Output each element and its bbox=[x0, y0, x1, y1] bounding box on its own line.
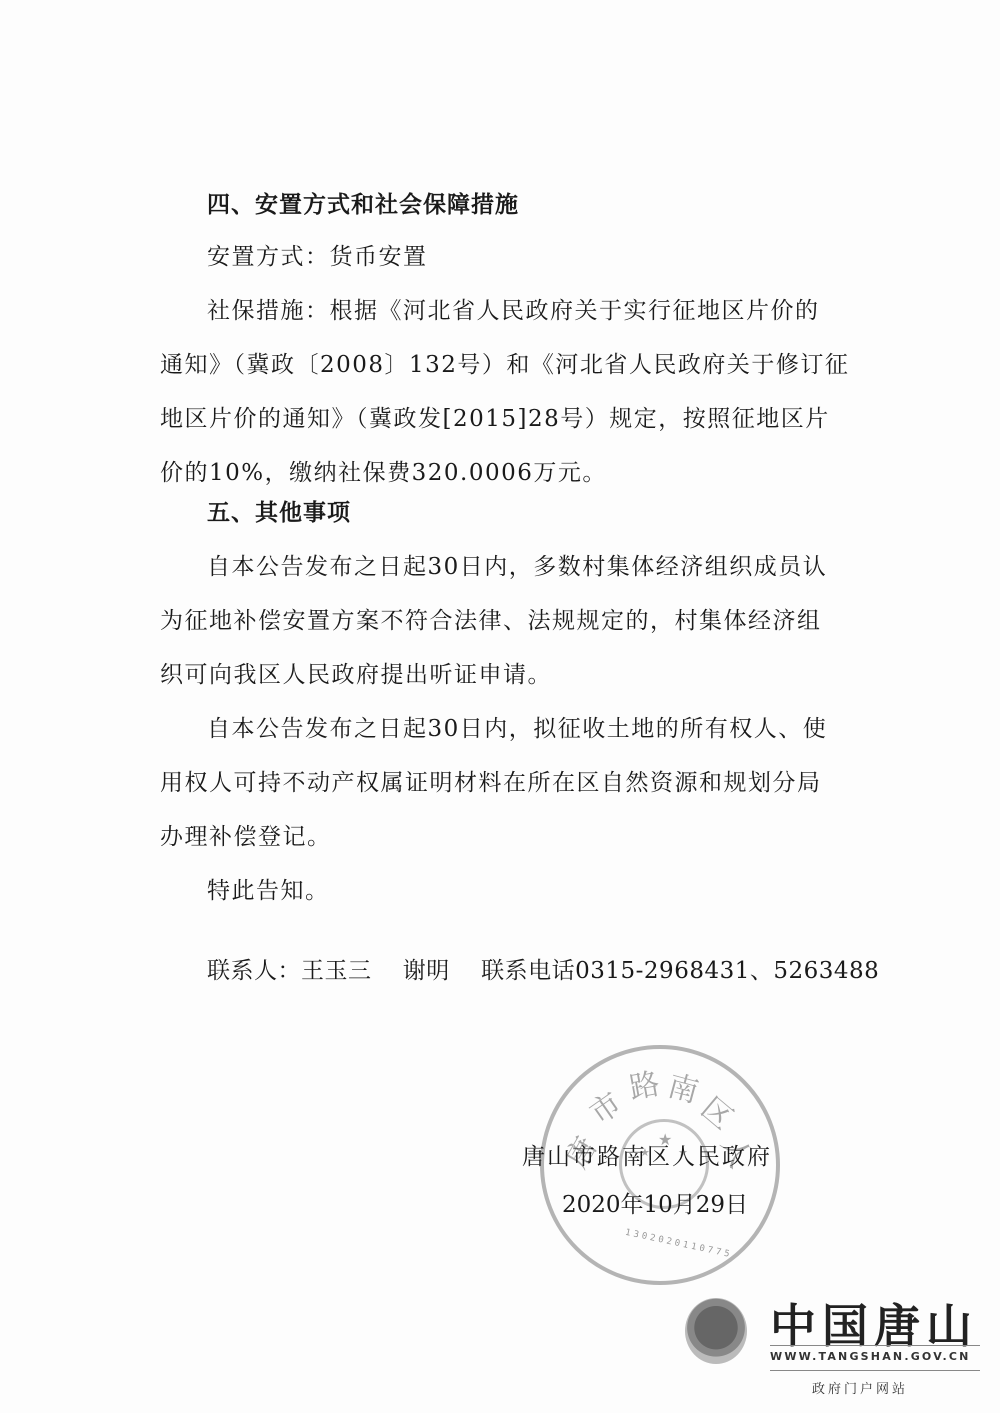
social-security-line-2: 通知》（冀政〔2008〕132号）和《河北省人民政府关于修订征 bbox=[160, 346, 849, 379]
watermark-url: WWW.TANGSHAN.GOV.CN bbox=[770, 1350, 971, 1363]
paragraph2-line-3: 办理补偿登记。 bbox=[160, 818, 332, 851]
paragraph1-line-1: 自本公告发布之日起30日内，多数村集体经济组织成员认 bbox=[207, 548, 827, 581]
emblem-icon bbox=[685, 1298, 747, 1364]
seal-code: 1302020110775 bbox=[624, 1228, 733, 1261]
paragraph1-line-3: 织可向我区人民政府提出听证申请。 bbox=[160, 656, 552, 689]
divider bbox=[770, 1370, 980, 1371]
watermark-subtitle: 政府门户网站 bbox=[812, 1378, 908, 1397]
divider bbox=[770, 1345, 980, 1346]
social-security-line-1: 社保措施：根据《河北省人民政府关于实行征地区片价的 bbox=[207, 292, 820, 325]
section4-heading: 四、安置方式和社会保障措施 bbox=[207, 186, 519, 219]
closing-remark: 特此告知。 bbox=[207, 872, 330, 905]
signing-date: 2020年10月29日 bbox=[562, 1186, 748, 1219]
signing-organization: 唐山市路南区人民政府 bbox=[522, 1138, 772, 1171]
contact-info: 联系人：王玉三 谢明 联系电话0315-2968431、5263488 bbox=[207, 952, 879, 985]
paragraph2-line-1: 自本公告发布之日起30日内，拟征收土地的所有权人、使 bbox=[207, 710, 827, 743]
placement-method: 安置方式：货币安置 bbox=[207, 238, 428, 271]
social-security-line-3: 地区片价的通知》（冀政发[2015]28号）规定，按照征地区片 bbox=[160, 400, 830, 433]
watermark-title: 中国唐山 bbox=[770, 1290, 978, 1356]
paragraph1-line-2: 为征地补偿安置方案不符合法律、法规规定的，村集体经济组 bbox=[160, 602, 822, 635]
paragraph2-line-2: 用权人可持不动产权属证明材料在所在区自然资源和规划分局 bbox=[160, 764, 822, 797]
section5-heading: 五、其他事项 bbox=[207, 494, 351, 527]
social-security-line-4: 价的10%，缴纳社保费320.0006万元。 bbox=[160, 454, 607, 487]
